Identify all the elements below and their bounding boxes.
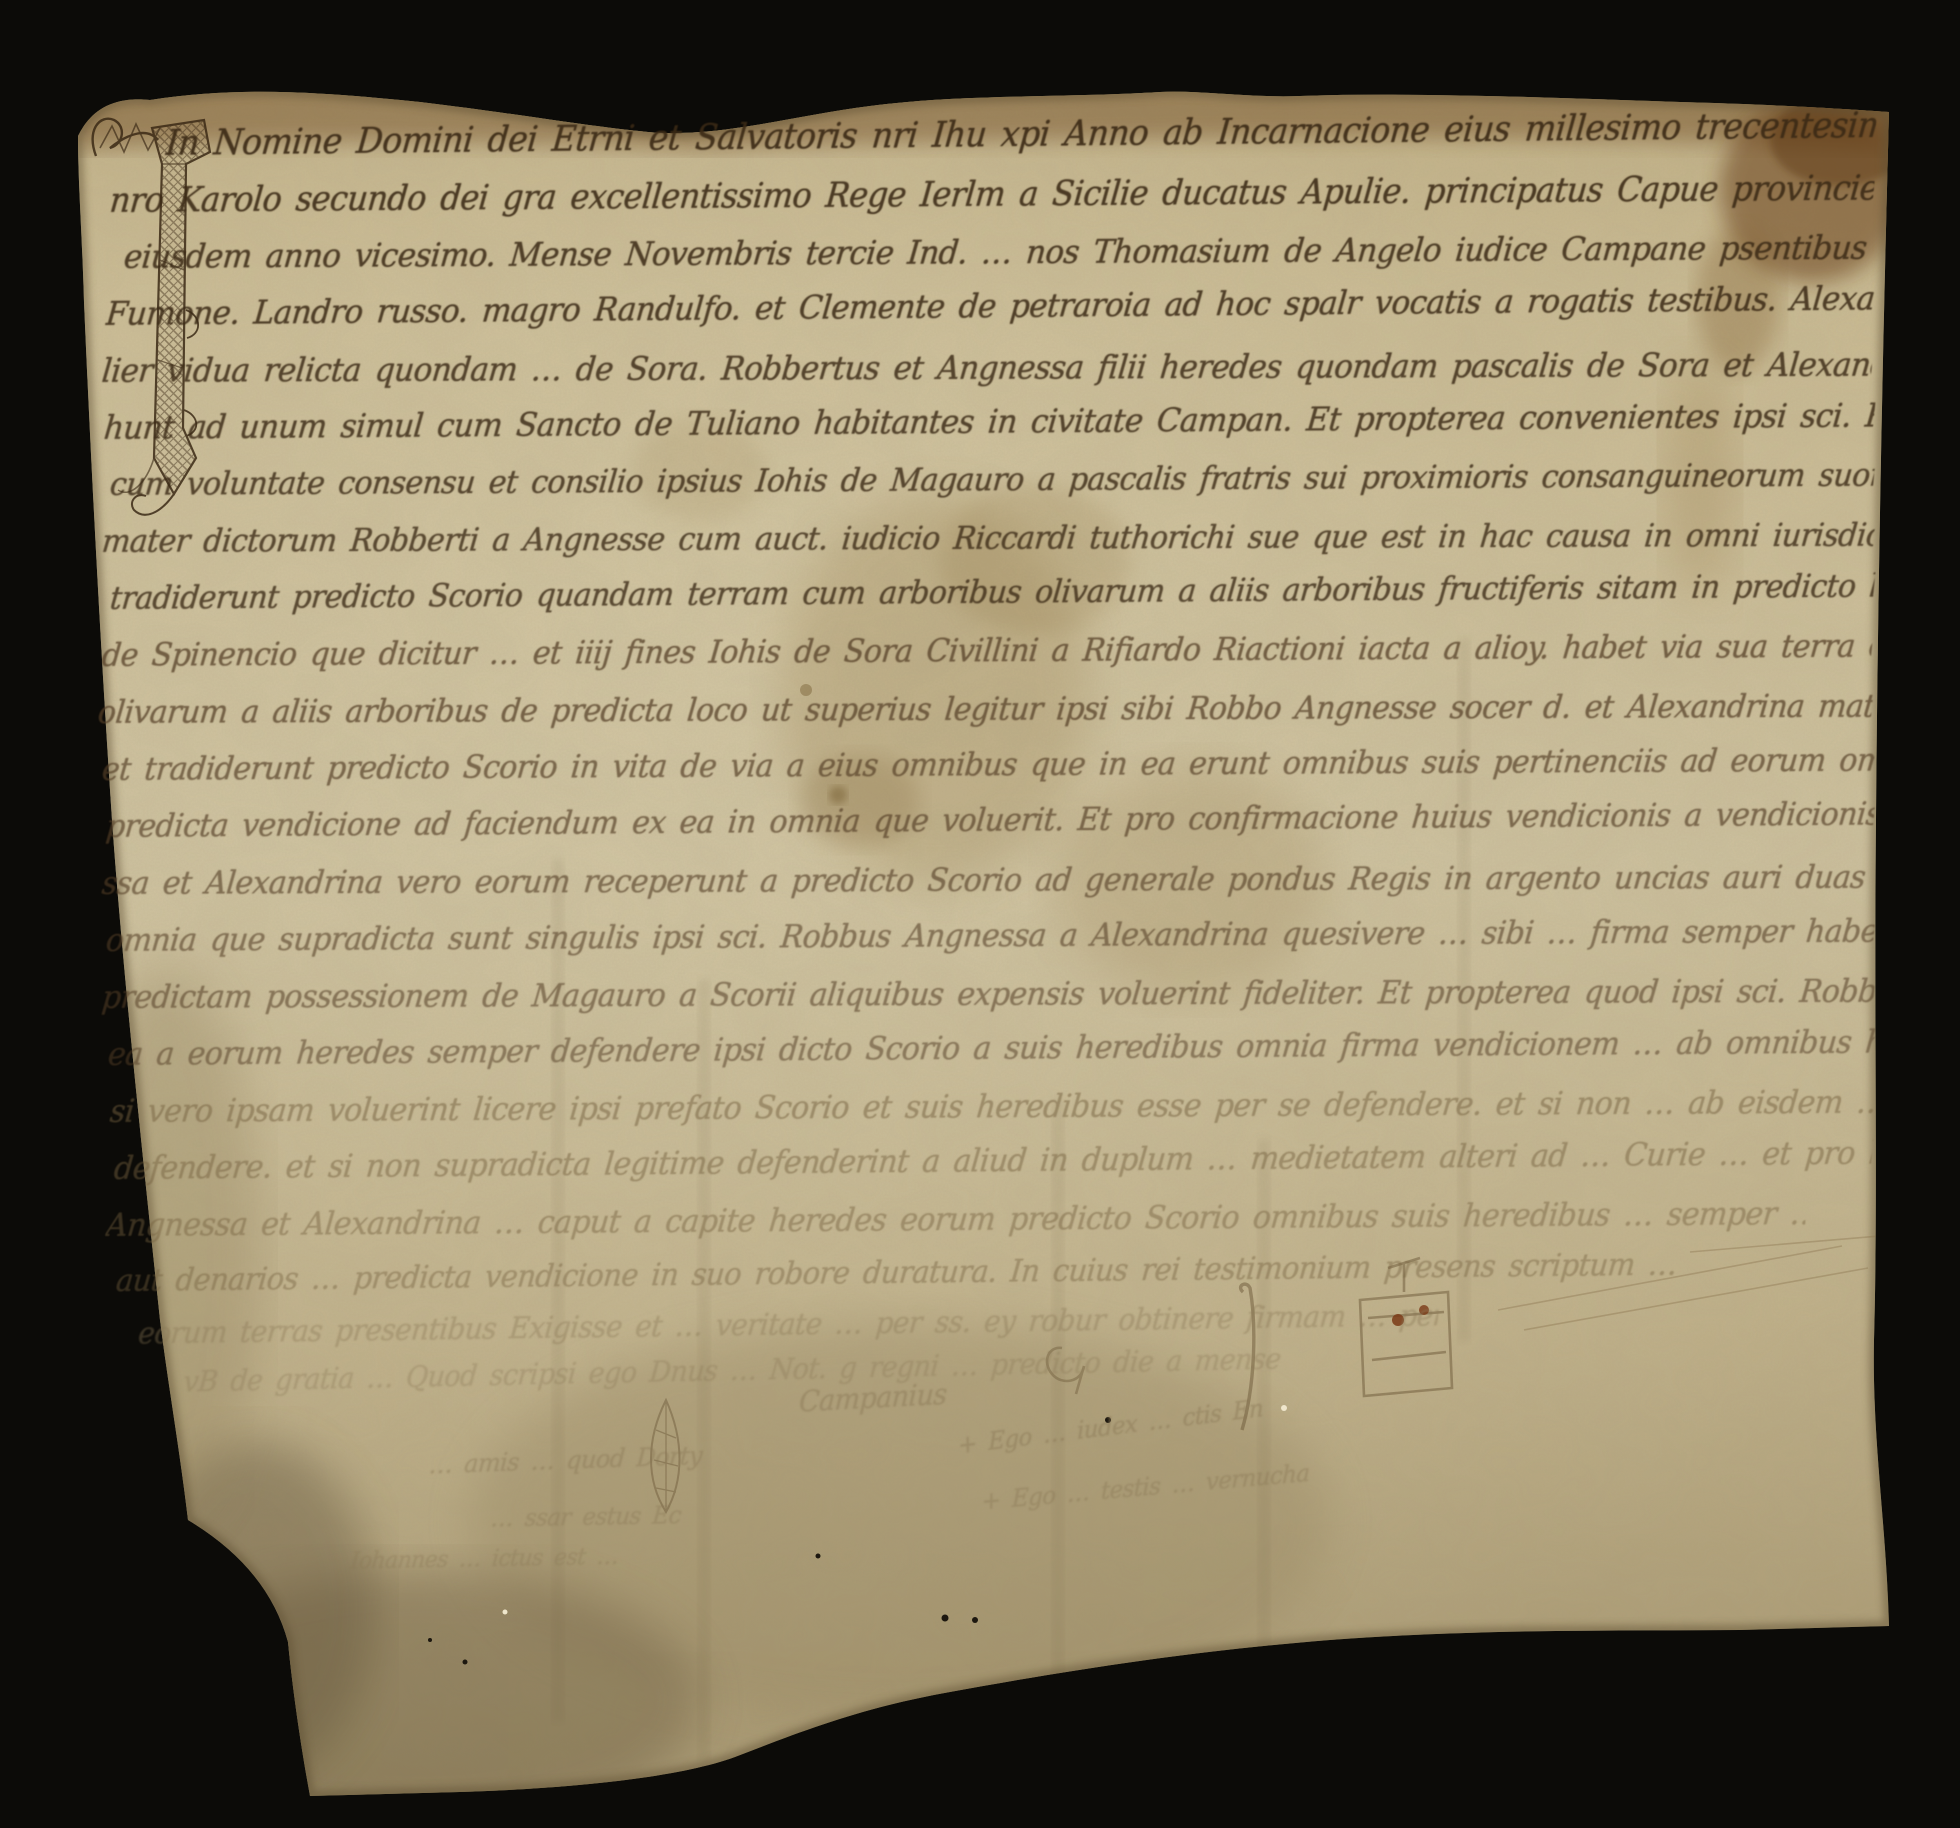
manuscript-text-block: In Nomine Domini dei Etrni et Salvatoris… [0, 0, 1960, 1828]
manuscript-text-line: In Nomine Domini dei Etrni et Salvatoris… [164, 104, 1878, 163]
witness-subscription: + Ego … testis … vernucha [982, 1437, 1560, 1515]
manuscript-text-line: de Spinencio que dicitur … et iiij fines… [100, 628, 1874, 674]
manuscript-text-line: ssa et Alexandrina vero eorum receperunt… [100, 859, 1874, 902]
manuscript-text-line: ea a eorum heredes semper defendere ipsi… [106, 1024, 1876, 1073]
witness-subscription: … amis … quod Dorty [428, 1433, 930, 1480]
manuscript-text-line: aut denarios … predicta vendicione in su… [115, 1246, 1678, 1298]
manuscript-text-line: omnia que supradicta sunt singulis ipsi … [104, 913, 1876, 959]
manuscript-text-line: predictam possessionem de Magauro a Scor… [100, 973, 1876, 1016]
manuscript-text-line: Angnessa et Alexandrina … caput a capite… [104, 1195, 1808, 1244]
manuscript-text-line: mater dictorum Robberti a Angnesse cum a… [100, 517, 1876, 560]
manuscript-text-line: predicta vendicione ad faciendum ex ea i… [104, 796, 1876, 845]
manuscript-text-line: tradiderunt predicto Scorio quandam terr… [108, 568, 1876, 617]
witness-subscription: Iohannes … ictus est … [350, 1540, 782, 1574]
manuscript-text-line: defendere. et si non supradicta legitime… [112, 1135, 1874, 1187]
manuscript-text-line: nro Karolo secundo dei gra excellentissi… [108, 168, 1876, 221]
manuscript-photo: In Nomine Domini dei Etrni et Salvatoris… [0, 0, 1960, 1828]
manuscript-text-line: lier vidua relicta quondam … de Sora. Ro… [100, 346, 1874, 390]
manuscript-text-line: si vero ipsam voluerint licere ipsi pref… [108, 1084, 1876, 1130]
manuscript-text-line: et tradiderunt predicto Scorio in vita d… [100, 742, 1876, 788]
manuscript-text-line: hunt ad unum simul cum Sancto de Tuliano… [102, 397, 1876, 448]
witness-subscription: … ssar estus Ec [490, 1498, 892, 1533]
manuscript-text-line: cum voluntate consensu et consilio ipsiu… [108, 457, 1876, 503]
manuscript-text-line: olivarum a aliis arboribus de predicta l… [96, 688, 1874, 731]
manuscript-text-line: eiusdem anno vicesimo. Mense Novembris t… [122, 229, 1876, 276]
manuscript-text-line: Fumone. Landro russo. magro Randulfo. et… [104, 280, 1876, 334]
